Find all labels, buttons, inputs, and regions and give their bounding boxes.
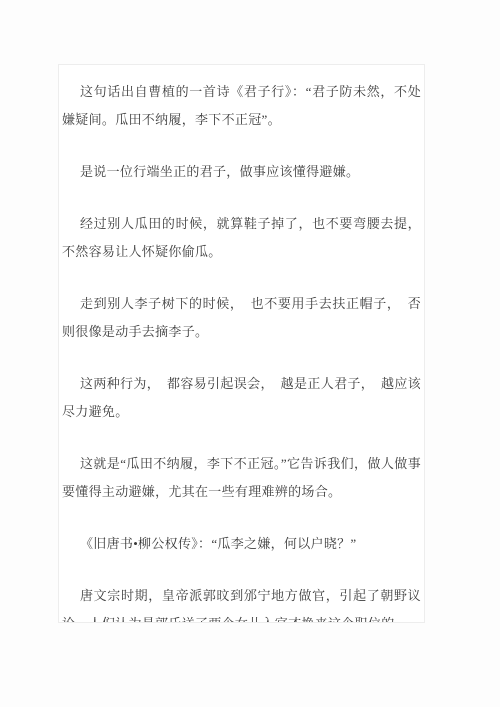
paragraph-two-behaviors: 这两种行为， 都容易引起误会， 越是正人君子， 越应该尽力避免。: [62, 370, 421, 426]
document-page: 这句话出自曹植的一首诗《君子行》：“君子防未然，不处嫌疑间。瓜田不纳履，李下不正…: [58, 64, 425, 623]
paragraph-citation: 《旧唐书•柳公权传》：“瓜李之嫌，何以户晓？”: [62, 530, 421, 558]
screenshot-canvas: 这句话出自曹植的一首诗《君子行》：“君子防未然，不处嫌疑间。瓜田不纳履，李下不正…: [0, 0, 500, 707]
paragraph-meaning: 是说一位行端坐正的君子，做事应该懂得避嫌。: [62, 158, 421, 186]
paragraph-tang-anecdote: 唐文宗时期，皇帝派郭旼到邠宁地方做官，引起了朝野议论，人们认为是郭氏送了两个女儿…: [62, 582, 421, 623]
paragraph-lesson: 这就是“瓜田不纳履，李下不正冠。”它告诉我们，做人做事要懂得主动避嫌，尤其在一些…: [62, 450, 421, 506]
paragraph-source-poem: 这句话出自曹植的一首诗《君子行》：“君子防未然，不处嫌疑间。瓜田不纳履，李下不正…: [62, 78, 421, 134]
paragraph-plum-tree: 走到别人李子树下的时候， 也不要用手去扶正帽子， 否则很像是动手去摘李子。: [62, 290, 421, 346]
paragraph-melon-field: 经过别人瓜田的时候，就算鞋子掉了，也不要弯腰去提，不然容易让人怀疑你偷瓜。: [62, 210, 421, 266]
